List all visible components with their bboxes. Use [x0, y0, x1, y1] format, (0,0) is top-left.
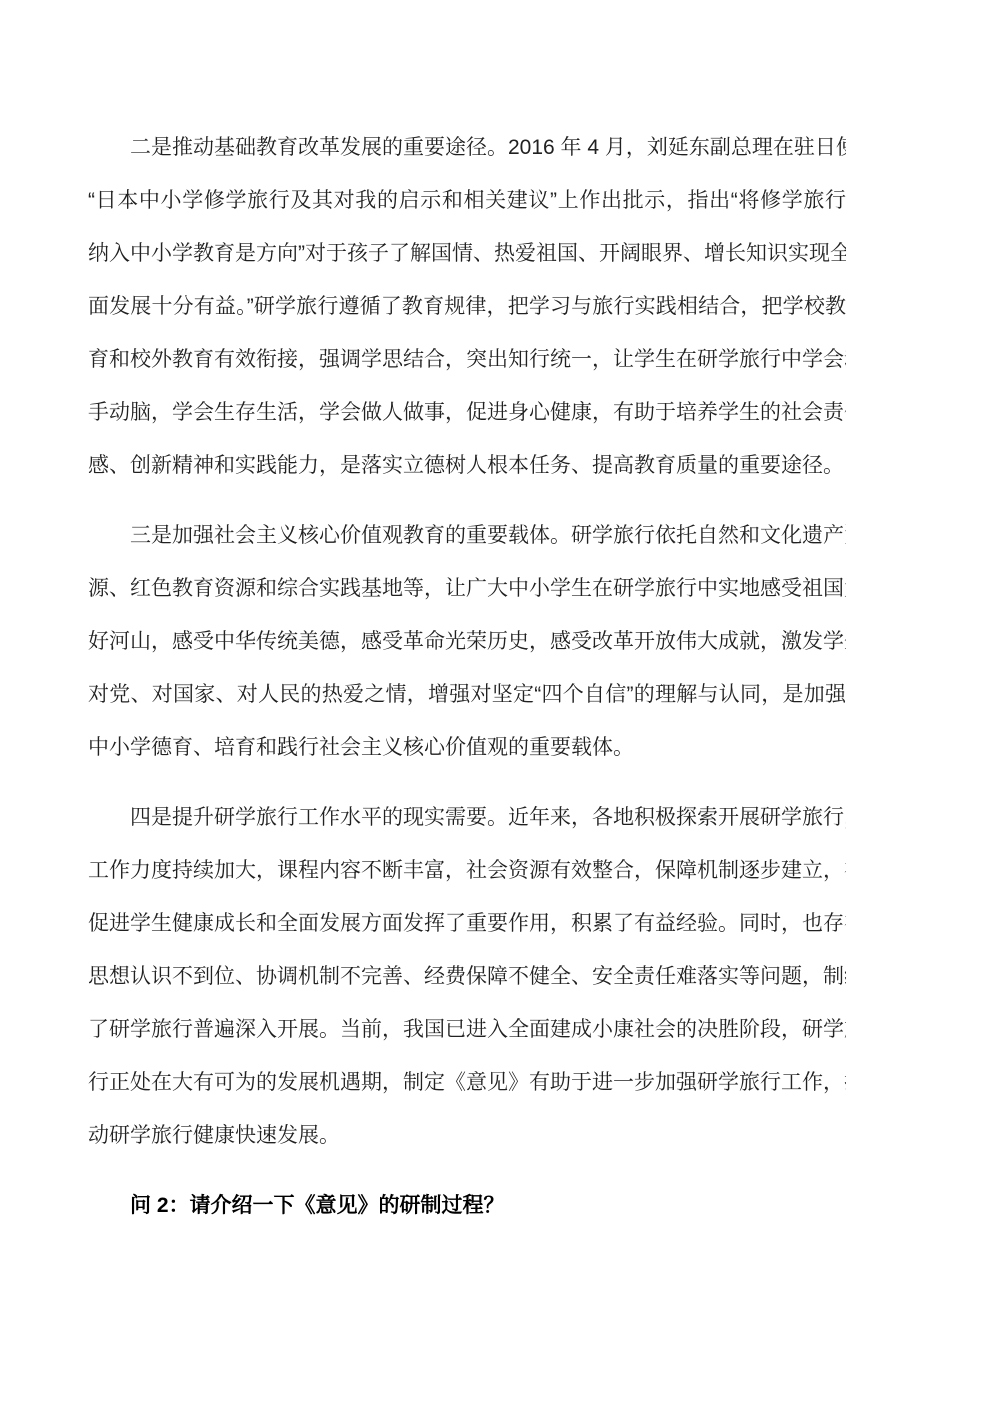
text-line: 工作力度持续加大，课程内容不断丰富，社会资源有效整合，保障机制逐步建立，在 [88, 844, 846, 897]
document-content: 二是推动基础教育改革发展的重要途径。2016 年 4 月，刘延东副总理在驻日使馆… [88, 121, 846, 1249]
text-line: 手动脑，学会生存生活，学会做人做事，促进身心健康，有助于培养学生的社会责任 [88, 386, 846, 439]
text-line: 了研学旅行普遍深入开展。当前，我国已进入全面建成小康社会的决胜阶段，研学旅 [88, 1003, 846, 1056]
text-line: 促进学生健康成长和全面发展方面发挥了重要作用，积累了有益经验。同时，也存在 [88, 897, 846, 950]
paragraph-reason-two: 二是推动基础教育改革发展的重要途径。2016 年 4 月，刘延东副总理在驻日使馆… [88, 121, 846, 492]
text-line: 对党、对国家、对人民的热爱之情，增强对坚定“四个自信”的理解与认同，是加强 [88, 668, 846, 721]
text-line: 四是提升研学旅行工作水平的现实需要。近年来，各地积极探索开展研学旅行， [88, 791, 846, 844]
text-line: “日本中小学修学旅行及其对我的启示和相关建议”上作出批示，指出“将修学旅行 [88, 174, 846, 227]
text-line: 育和校外教育有效衔接，强调学思结合，突出知行统一，让学生在研学旅行中学会动 [88, 333, 846, 386]
text-line: 问 2：请介绍一下《意见》的研制过程？ [88, 1179, 846, 1232]
document-page: 二是推动基础教育改革发展的重要途径。2016 年 4 月，刘延东副总理在驻日使馆… [0, 0, 992, 1403]
paragraph-reason-four: 四是提升研学旅行工作水平的现实需要。近年来，各地积极探索开展研学旅行，工作力度持… [88, 791, 846, 1162]
text-line: 动研学旅行健康快速发展。 [88, 1109, 846, 1162]
text-line: 思想认识不到位、协调机制不完善、经费保障不健全、安全责任难落实等问题，制约 [88, 950, 846, 1003]
text-line: 中小学德育、培育和践行社会主义核心价值观的重要载体。 [88, 721, 846, 774]
text-line: 好河山，感受中华传统美德，感受革命光荣历史，感受改革开放伟大成就，激发学生 [88, 615, 846, 668]
text-line: 行正处在大有可为的发展机遇期，制定《意见》有助于进一步加强研学旅行工作，推 [88, 1056, 846, 1109]
text-line: 感、创新精神和实践能力，是落实立德树人根本任务、提高教育质量的重要途径。 [88, 439, 846, 492]
question-2-heading: 问 2：请介绍一下《意见》的研制过程？ [88, 1179, 846, 1232]
text-line: 二是推动基础教育改革发展的重要途径。2016 年 4 月，刘延东副总理在驻日使馆 [88, 121, 846, 174]
text-line: 三是加强社会主义核心价值观教育的重要载体。研学旅行依托自然和文化遗产资 [88, 509, 846, 562]
text-line: 纳入中小学教育是方向”对于孩子了解国情、热爱祖国、开阔眼界、增长知识实现全 [88, 227, 846, 280]
text-line: 面发展十分有益。”研学旅行遵循了教育规律，把学习与旅行实践相结合，把学校教 [88, 280, 846, 333]
text-line: 源、红色教育资源和综合实践基地等，让广大中小学生在研学旅行中实地感受祖国大 [88, 562, 846, 615]
paragraph-reason-three: 三是加强社会主义核心价值观教育的重要载体。研学旅行依托自然和文化遗产资源、红色教… [88, 509, 846, 774]
